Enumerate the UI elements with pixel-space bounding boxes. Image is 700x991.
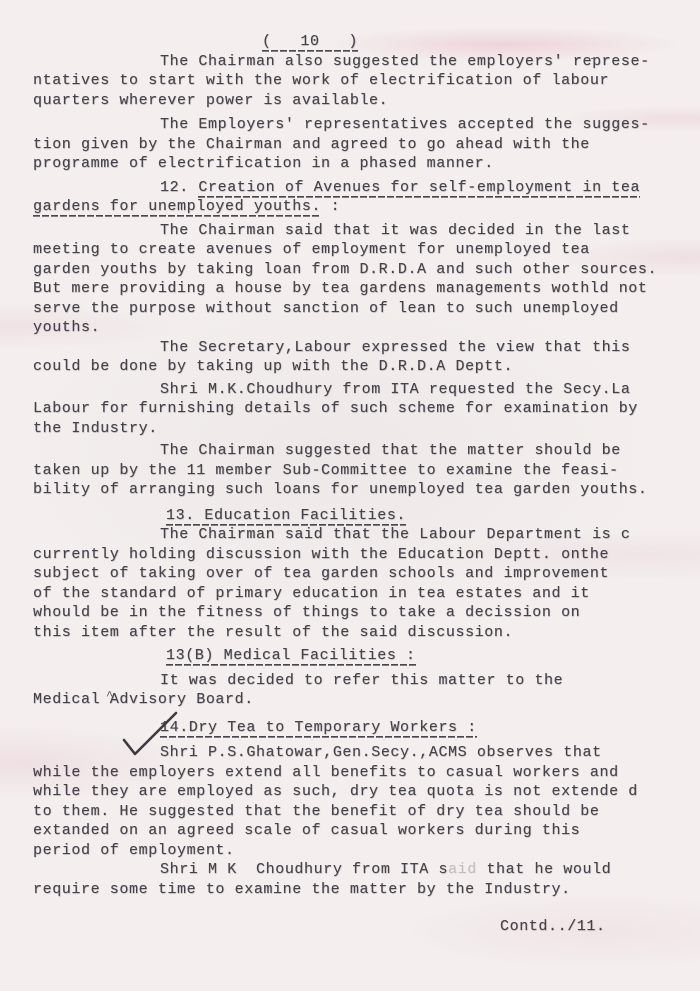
text-line: taken up by the 11 member Sub-Committee …	[33, 461, 666, 481]
text-line: quarters wherever power is available.	[33, 91, 666, 111]
section-title: gardens for unemployed youths.	[33, 198, 321, 217]
text-line: could be done by taking up with the D.R.…	[33, 357, 666, 377]
text-line: while they are employed as such, dry tea…	[33, 782, 666, 802]
heading-tail: :	[321, 198, 340, 215]
section-title: Creation of Avenues for self-employment …	[198, 179, 640, 198]
section-heading-13: 13. Education Facilities.	[33, 506, 666, 526]
continuation-note: Contd../11.	[33, 917, 666, 937]
text-line: Shri M K Choudhury from ITA said that he…	[33, 860, 666, 880]
text-line: tion given by the Chairman and agreed to…	[33, 135, 666, 155]
text-line: The Chairman said that it was decided in…	[33, 221, 666, 241]
text-line: to them. He suggested that the benefit o…	[33, 802, 666, 822]
text-line: The Employers' representatives accepted …	[33, 115, 666, 135]
text-line: The Chairman said that the Labour Depart…	[33, 525, 666, 545]
handwritten-tick-icon	[118, 706, 182, 764]
section-heading-12: 12. Creation of Avenues for self-employm…	[33, 178, 666, 198]
smudged-text: aid	[448, 861, 477, 878]
text-segment: Shri M K Choudhury from ITA s	[160, 861, 448, 878]
text-line: youths.	[33, 318, 666, 338]
section-number: 12.	[160, 179, 198, 196]
section-heading-13b: 13(B) Medical Facilities :	[33, 646, 666, 666]
text-line: while the employers extend all benefits …	[33, 763, 666, 783]
text-line: The Chairman suggested that the matter s…	[33, 441, 666, 461]
text-line: garden youths by taking loan from D.R.D.…	[33, 260, 666, 280]
text-line: require some time to examine the matter …	[33, 880, 666, 900]
text-segment: that he would	[477, 861, 611, 878]
text-line: extanded on an agreed scale of casual wo…	[33, 821, 666, 841]
text-line: this item after the result of the said d…	[33, 623, 666, 643]
section-title: 13(B) Medical Facilities :	[166, 647, 416, 666]
text-line: meeting to create avenues of employment …	[33, 240, 666, 260]
text-line: The Chairman also suggested the employer…	[33, 52, 666, 72]
scanned-document-page: ( 10 ) The Chairman also suggested the e…	[0, 0, 700, 991]
text-line: currently holding discussion with the Ed…	[33, 545, 666, 565]
page-number-text: ( 10 )	[262, 33, 358, 52]
text-line: serve the purpose without sanction of le…	[33, 299, 666, 319]
text-line: subject of taking over of tea garden sch…	[33, 564, 666, 584]
section-heading-12-cont: gardens for unemployed youths. :	[33, 197, 666, 217]
caret-annotation: ^	[106, 687, 113, 707]
text-line: Labour for furnishing details of such sc…	[33, 399, 666, 419]
text-line: The Secretary,Labour expressed the view …	[33, 338, 666, 358]
text-line: of the standard of primary education in …	[33, 584, 666, 604]
text-line: But mere providing a house by tea garden…	[33, 279, 666, 299]
text-line: It was decided to refer this matter to t…	[33, 671, 666, 691]
text-line: period of employment.	[33, 841, 666, 861]
section-title: 13. Education Facilities.	[166, 507, 406, 526]
text-line: whould be in the fitness of things to ta…	[33, 603, 666, 623]
stray-mark: -	[589, 49, 597, 69]
text-line: ntatives to start with the work of elect…	[33, 71, 666, 91]
text-line: Shri M.K.Choudhury from ITA requested th…	[33, 380, 666, 400]
text-line: programme of electrification in a phased…	[33, 154, 666, 174]
text-line: bility of arranging such loans for unemp…	[33, 480, 666, 500]
section-title: 14.Dry Tea to Temporary Workers :	[160, 719, 477, 738]
text-line: the Industry.	[33, 419, 666, 439]
page-number: ( 10 )	[33, 32, 666, 52]
